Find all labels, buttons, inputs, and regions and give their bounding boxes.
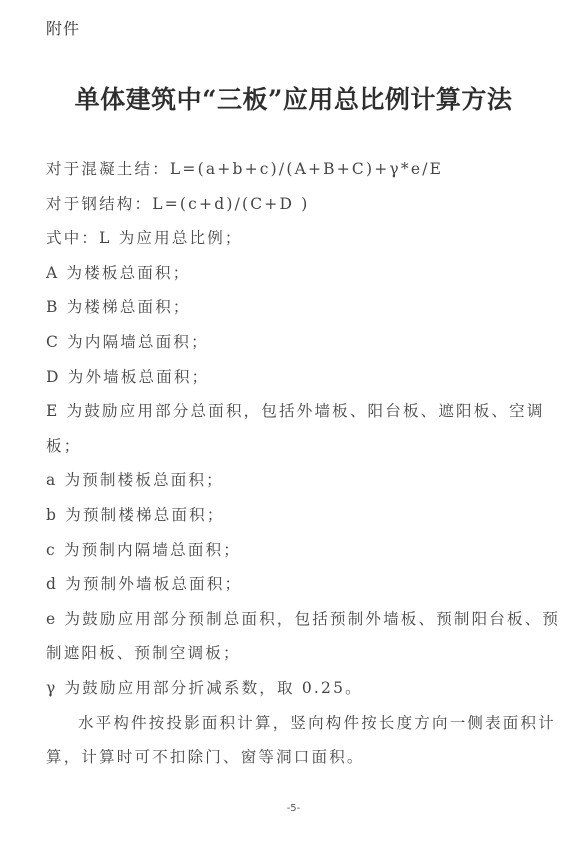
definition-C: C 为内隔墙总面积； <box>46 325 566 360</box>
definition-c: c 为预制内隔墙总面积； <box>46 533 566 568</box>
formula-steel: 对于钢结构：L=(c+d)/(C+D ) <box>46 187 566 222</box>
definition-E: E 为鼓励应用部分总面积，包括外墙板、阳台板、遮阳板、空调板； <box>46 394 566 463</box>
page-number: -5- <box>0 803 587 814</box>
definition-A: A 为楼板总面积； <box>46 256 566 291</box>
definition-d: d 为预制外墙板总面积； <box>46 567 566 602</box>
definition-gamma: γ 为鼓励应用部分折减系数，取 0.25。 <box>46 671 566 706</box>
attachment-label: 附件 <box>46 16 80 39</box>
definition-B: B 为楼梯总面积； <box>46 290 566 325</box>
definition-e: e 为鼓励应用部分预制总面积，包括预制外墙板、预制阳台板、预制遮阳板、预制空调板… <box>46 602 566 671</box>
definition-b: b 为预制楼梯总面积； <box>46 498 566 533</box>
definition-a: a 为预制楼板总面积； <box>46 463 566 498</box>
definition-D: D 为外墙板总面积； <box>46 360 566 395</box>
calculation-note: 水平构件按投影面积计算，竖向构件按长度方向一侧表面积计算，计算时可不扣除门、窗等… <box>46 706 566 775</box>
document-title: 单体建筑中“三板”应用总比例计算方法 <box>0 80 587 116</box>
document-body: 对于混凝土结：L=(a+b+c)/(A+B+C)+γ*e/E 对于钢结构：L=(… <box>46 152 566 775</box>
definition-L: 式中：L 为应用总比例； <box>46 221 566 256</box>
formula-concrete: 对于混凝土结：L=(a+b+c)/(A+B+C)+γ*e/E <box>46 152 566 187</box>
